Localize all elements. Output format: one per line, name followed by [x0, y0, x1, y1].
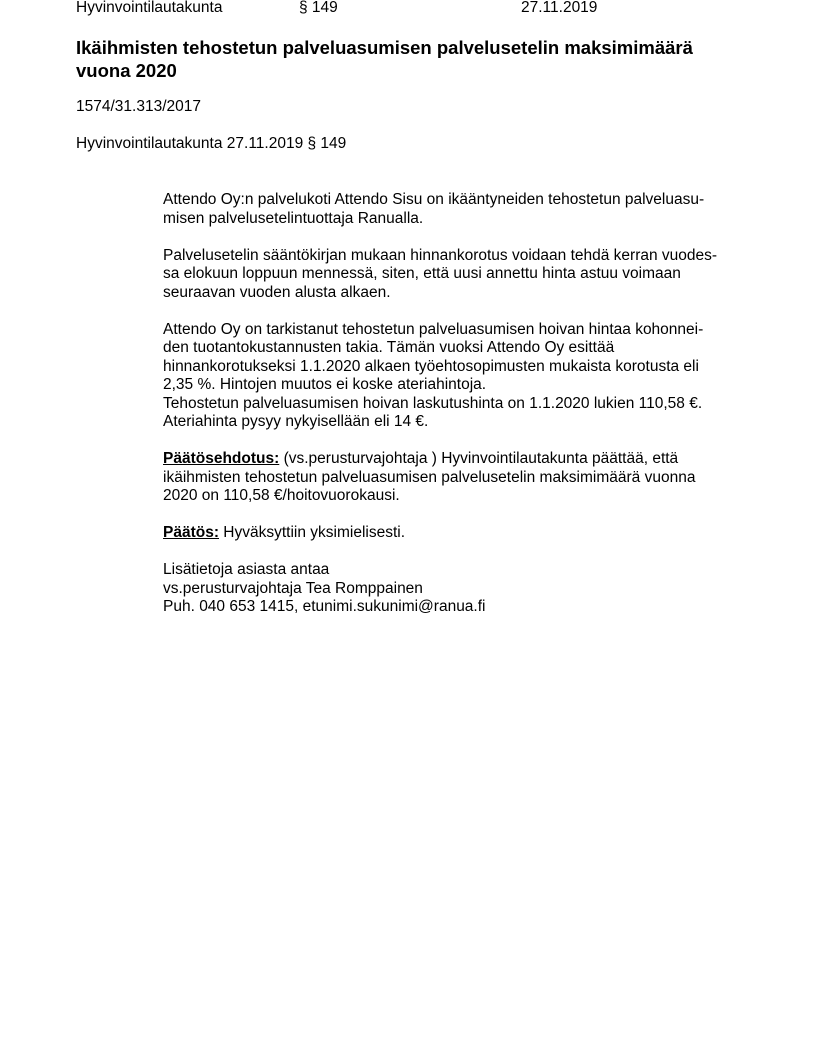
contact-intro: Lisätietoja asiasta antaa: [163, 561, 743, 580]
contact-person: vs.perusturvajohtaja Tea Romppainen: [163, 580, 743, 599]
proposal-label: Päätösehdotus:: [163, 450, 279, 467]
decision-label: Päätös:: [163, 524, 219, 541]
paragraph-rules: Palvelusetelin sääntökirjan mukaan hinna…: [163, 247, 743, 303]
header-board-name: Hyvinvointilautakunta: [76, 0, 222, 18]
title-line-1: Ikäihmisten tehostetun palveluasumisen p…: [76, 37, 693, 58]
text-line: Päätösehdotus: (vs.perusturvajohtaja ) H…: [163, 450, 743, 469]
paragraph-decision: Päätös: Hyväksyttiin yksimielisesti.: [163, 524, 743, 543]
meeting-reference: Hyvinvointilautakunta 27.11.2019 § 149: [76, 134, 346, 154]
document-body: Attendo Oy:n palvelukoti Attendo Sisu on…: [163, 191, 743, 635]
text-line: Attendo Oy:n palvelukoti Attendo Sisu on…: [163, 191, 743, 210]
text-line: Attendo Oy on tarkistanut tehostetun pal…: [163, 321, 743, 340]
case-number: 1574/31.313/2017: [76, 97, 201, 117]
text-line: sa elokuun loppuun mennessä, siten, että…: [163, 265, 743, 284]
text-line: ikäihmisten tehostetun palveluasumisen p…: [163, 469, 743, 488]
text-line: seuraavan vuoden alusta alkaen.: [163, 284, 743, 303]
text-line: misen palvelusetelintuottaja Ranualla.: [163, 210, 743, 229]
document-title: Ikäihmisten tehostetun palveluasumisen p…: [76, 36, 736, 82]
text-line: Ateriahinta pysyy nykyisellään eli 14 €.: [163, 413, 743, 432]
text-line: 2,35 %. Hintojen muutos ei koske ateriah…: [163, 376, 743, 395]
paragraph-provider: Attendo Oy:n palvelukoti Attendo Sisu on…: [163, 191, 743, 228]
text-line: 2020 on 110,58 €/hoitovuorokausi.: [163, 487, 743, 506]
decision-text: Hyväksyttiin yksimielisesti.: [219, 524, 405, 541]
title-line-2: vuona 2020: [76, 60, 177, 81]
text-line: Palvelusetelin sääntökirjan mukaan hinna…: [163, 247, 743, 266]
proposal-text: (vs.perusturvajohtaja ) Hyvinvointilauta…: [279, 450, 678, 467]
paragraph-proposal: Päätösehdotus: (vs.perusturvajohtaja ) H…: [163, 450, 743, 506]
contact-details: Puh. 040 653 1415, etunimi.sukunimi@ranu…: [163, 598, 743, 617]
text-line: hinnankorotukseksi 1.1.2020 alkaen työeh…: [163, 358, 743, 377]
text-line: Tehostetun palveluasumisen hoivan laskut…: [163, 395, 743, 414]
document-header: Hyvinvointilautakunta § 149 27.11.2019: [76, 0, 776, 18]
header-date: 27.11.2019: [521, 0, 597, 18]
text-line: den tuotantokustannusten takia. Tämän vu…: [163, 339, 743, 358]
paragraph-price-review: Attendo Oy on tarkistanut tehostetun pal…: [163, 321, 743, 432]
paragraph-contact: Lisätietoja asiasta antaa vs.perusturvaj…: [163, 561, 743, 617]
text-line: Päätös: Hyväksyttiin yksimielisesti.: [163, 524, 743, 543]
header-section-number: § 149: [299, 0, 338, 18]
